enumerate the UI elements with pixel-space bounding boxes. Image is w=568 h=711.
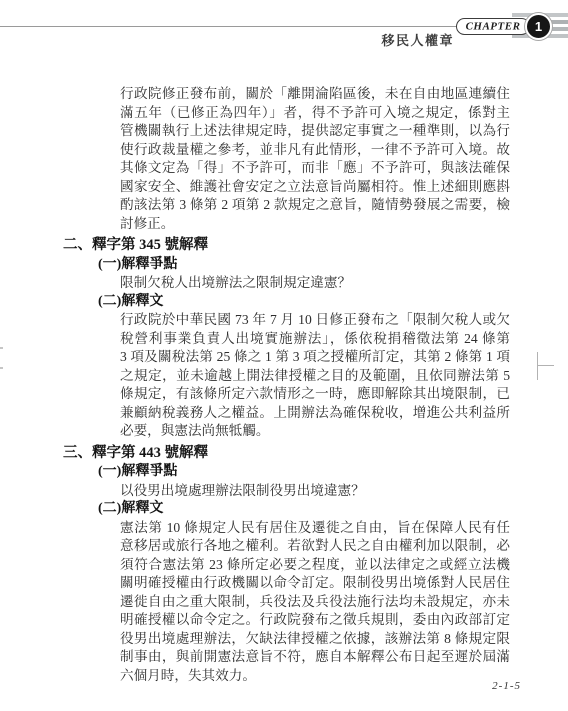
chapter-label: CHAPTER [466, 20, 521, 32]
text-line: 意移居或旅行各地之權利。若欲對人民之自由權利加以限制，必 [120, 537, 510, 556]
section-443: 三、釋字第 443 號解釋 (一)解釋爭點 以役男出境處理辦法限制役男出境違憲？… [63, 443, 510, 686]
subsection-text: 限制欠稅人出境辦法之限制規定違憲？ [120, 274, 510, 293]
text-line: 管機關執行上述法律規定時，提供認定事實之一種準則，以為行 [120, 122, 510, 141]
intro-paragraph: 行政院修正發布前，關於「離開淪陷區後，未在自由地區連續住滿五年（已修正為四年）」… [120, 85, 510, 233]
subsection-label: (一)解釋爭點 [98, 256, 510, 275]
book-page: CHAPTER 1 移民人權章 行政院修正發布前，關於「離開淪陷區後，未在自由地… [0, 0, 568, 711]
text-line: 國家安全、維護社會安定之立法意旨尚屬相符。惟上述細則應斟 [120, 178, 510, 197]
text-line: 其條文定為「得」不予許可，而非「應」不予許可，與該法確保 [120, 159, 510, 178]
subsection-text: 以役男出境處理辦法限制役男出境違憲？ [120, 482, 510, 501]
text-line: 酌該法第 3 條第 2 項第 2 款規定之意旨，隨情勢發展之需要，檢 [120, 196, 510, 215]
section-345: 二、釋字第 345 號解釋 (一)解釋爭點 限制欠稅人出境辦法之限制規定違憲？ … [63, 235, 510, 441]
text-line: 役男出境處理辦法，欠缺法律授權之依據，該辦法第 8 條規定限 [120, 630, 510, 649]
chapter-number-badge: 1 [525, 13, 552, 40]
margin-crop-mark [537, 352, 538, 380]
text-line: 明確授權以命令定之。行政院發布之徵兵規則，委由內政部訂定 [120, 611, 510, 630]
text-line: 稅營利事業負責人出境實施辦法」，係依稅捐稽徵法第 24 條第 [120, 330, 510, 349]
left-margin-tick [0, 347, 3, 349]
subsection-label: (一)解釋爭點 [98, 463, 510, 482]
section-heading: 二、釋字第 345 號解釋 [63, 235, 510, 256]
text-line: 之規定，並未逾越上開法律授權之目的及範圍，且依同辦法第 5 [120, 367, 510, 386]
margin-crop-mark [537, 365, 554, 366]
text-line: 討修正。 [120, 215, 510, 234]
text-line: 限制欠稅人出境辦法之限制規定違憲？ [120, 274, 510, 293]
subsection-text: 行政院於中華民國 73 年 7 月 10 日修正發布之「限制欠稅人或欠稅營利事業… [120, 311, 510, 441]
subsection-label: (二)解釋文 [98, 293, 510, 312]
text-line: 六個月時，失其效力。 [120, 667, 510, 686]
section-heading: 三、釋字第 443 號解釋 [63, 443, 510, 464]
text-line: 3 項及關稅法第 25 條之 1 第 3 項之授權所訂定，其第 2 條第 1 項 [120, 348, 510, 367]
text-line: 行政院修正發布前，關於「離開淪陷區後，未在自由地區連續住 [120, 85, 510, 104]
text-line: 以役男出境處理辦法限制役男出境違憲？ [120, 482, 510, 501]
text-line: 兼顧納稅義務人之權益。上開辦法為確保稅收，增進公共利益所 [120, 404, 510, 423]
text-line: 條規定，有該條所定六款情形之一時，應即解除其出境限制，已 [120, 385, 510, 404]
chapter-badge: CHAPTER [456, 18, 530, 35]
text-line: 滿五年（已修正為四年）」者，得不予許可入境之規定，係對主 [120, 104, 510, 123]
text-line: 制事由，與前開憲法意旨不符，應自本解釋公布日起至遲於屆滿 [120, 648, 510, 667]
subsection-label: (二)解釋文 [98, 500, 510, 519]
text-line: 必要，與憲法尚無牴觸。 [120, 422, 510, 441]
text-line: 遷徙自由之重大限制，兵役法及兵役法施行法均未設規定，亦未 [120, 593, 510, 612]
text-line: 行政院於中華民國 73 年 7 月 10 日修正發布之「限制欠稅人或欠 [120, 311, 510, 330]
chapter-number: 1 [535, 19, 542, 34]
left-margin-tick [0, 367, 3, 369]
text-line: 須符合憲法第 23 條所定必要之程度，並以法律定之或經立法機 [120, 556, 510, 575]
text-line: 憲法第 10 條規定人民有居住及遷徙之自由，旨在保障人民有任 [120, 519, 510, 538]
chapter-title: 移民人權章 [381, 30, 454, 49]
page-number: 2-1-5 [492, 680, 521, 692]
subsection-text: 憲法第 10 條規定人民有居住及遷徙之自由，旨在保障人民有任意移居或旅行各地之權… [120, 519, 510, 686]
header-rule-line [0, 26, 530, 27]
page-content: 行政院修正發布前，關於「離開淪陷區後，未在自由地區連續住滿五年（已修正為四年）」… [63, 85, 510, 685]
text-line: 使行政裁量權之參考，並非凡有此情形，一律不予許可入境。故 [120, 141, 510, 160]
text-line: 關明確授權由行政機關以命令訂定。限制役男出境係對人民居住 [120, 574, 510, 593]
